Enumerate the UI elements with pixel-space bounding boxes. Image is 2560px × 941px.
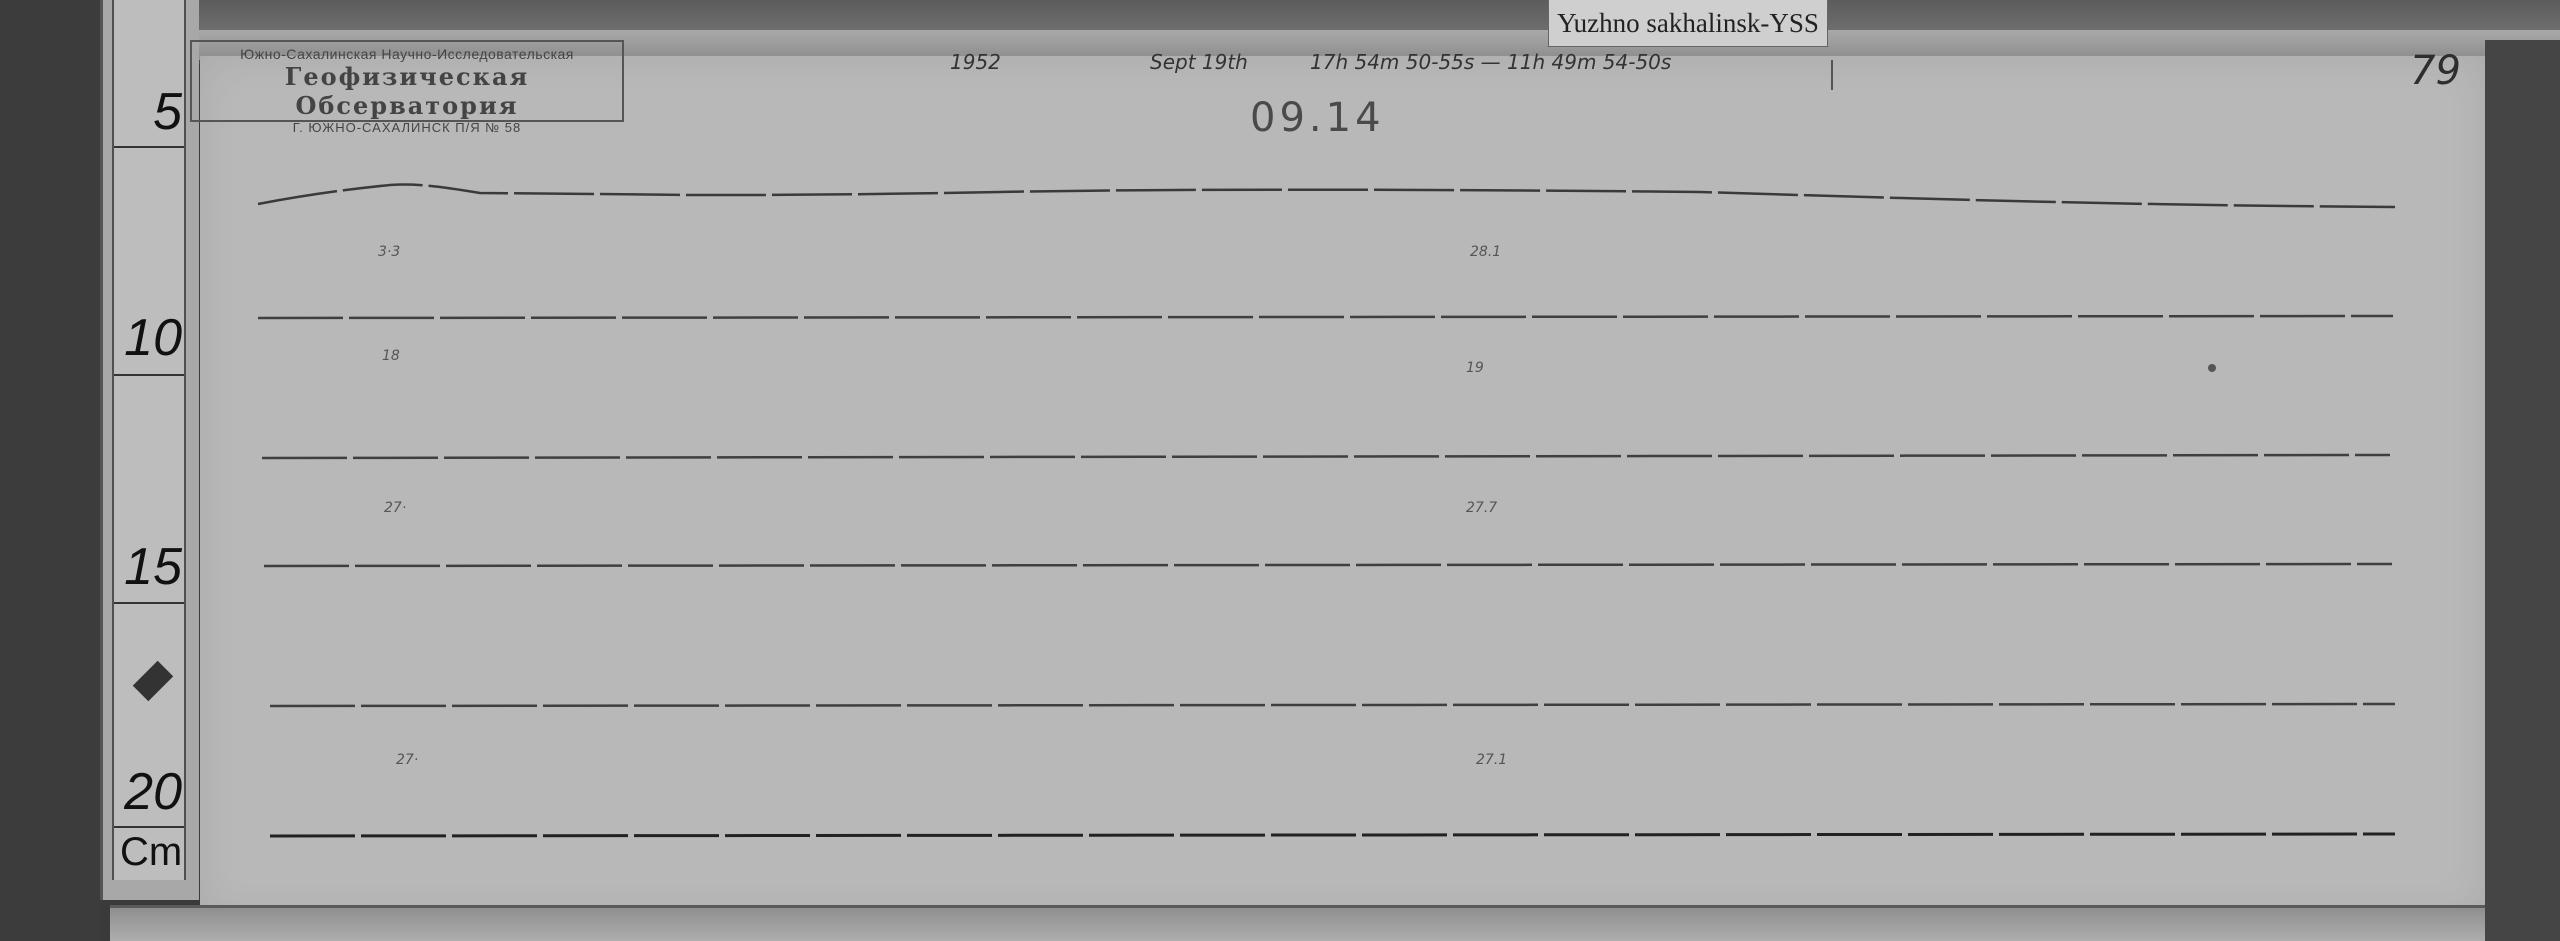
trace-line-5 [270, 704, 2395, 706]
trace-line-3 [262, 455, 2390, 458]
trace-line-2 [258, 316, 2393, 318]
trace-line-4 [264, 564, 2392, 566]
trace-line-6 [270, 834, 2395, 836]
seismogram-traces [0, 0, 2560, 941]
ink-spot [2208, 364, 2216, 372]
trace-line-1 [258, 185, 2395, 207]
